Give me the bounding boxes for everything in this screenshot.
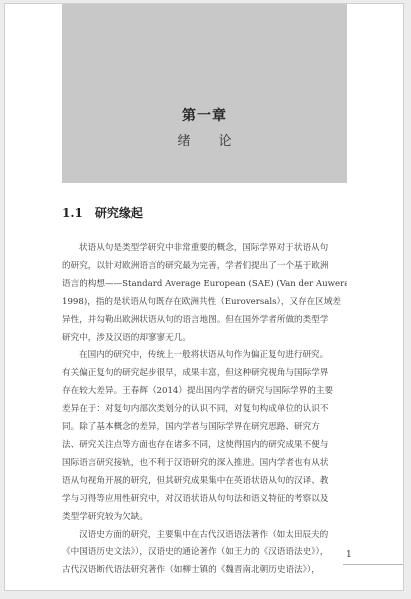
- text-line: 存在较大差异。王春辉（2014）提出国内学者的研究与国际学界的主要: [62, 383, 347, 401]
- chapter-title-part1: 绪: [177, 130, 190, 149]
- section-title: 研究缘起: [95, 206, 143, 220]
- text-line: 异性，并勾勒出欧洲状语从句的语言地图。但在国外学者所做的类型学: [62, 312, 347, 330]
- text-line: 在国内的研究中，传统上一般将状语从句作为偏正复句进行研究。: [62, 347, 347, 365]
- text-line: 语从句视角开展的研究，但其研究成果集中在英语状语从句的汉译、教: [62, 473, 347, 491]
- text-line: 差异在于：对复句内部次类划分的认识不同，对复句构成单位的认识不: [62, 401, 347, 419]
- paragraph-3: 汉语史方面的研究，主要集中在古代汉语语法著作（如太田辰夫的 《中国语历史文法》）…: [62, 527, 347, 581]
- body-text: 状语从句是类型学研究中非常重要的概念，国际学界对于状语从句 的研究，以针对欧洲语…: [62, 240, 347, 580]
- document-page: 第一章 绪论 1.1研究缘起 状语从句是类型学研究中非常重要的概念，国际学界对于…: [4, 3, 404, 591]
- document-viewport: 第一章 绪论 1.1研究缘起 状语从句是类型学研究中非常重要的概念，国际学界对于…: [0, 0, 411, 599]
- text-line: 1998)，指的是状语从句既存在欧洲共性（Euroversals），又存在区域差: [62, 294, 347, 312]
- text-line: 研究中，涉及汉语的却寥寥无几。: [62, 330, 347, 348]
- chapter-number: 第一章: [62, 105, 347, 125]
- text-line: 的研究，以针对欧洲语言的研究最为完善，学者们提出了一个基于欧洲: [62, 258, 347, 276]
- chapter-title: 绪论: [62, 130, 347, 149]
- text-line: 古代汉语断代语法研究著作（如柳士镇的《魏晋南北朝历史语法》），: [62, 562, 347, 580]
- text-line: 有关偏正复句的研究起步很早，成果丰富，但这种研究视角与国际学界: [62, 365, 347, 383]
- text-line: 语言的构想——Standard Average European (SAE) (…: [62, 276, 347, 294]
- text-line: 《中国语历史文法》），汉语史的通论著作（如王力的《汉语语法史》），: [62, 544, 347, 562]
- paragraph-1: 状语从句是类型学研究中非常重要的概念，国际学界对于状语从句 的研究，以针对欧洲语…: [62, 240, 347, 347]
- text-line: 学与习得等应用性研究中，对汉语状语从句句法和语义特征的考察以及: [62, 491, 347, 509]
- text-line: 状语从句是类型学研究中非常重要的概念，国际学界对于状语从句: [62, 240, 347, 258]
- text-line: 类型学研究较为欠缺。: [62, 509, 347, 527]
- paragraph-2: 在国内的研究中，传统上一般将状语从句作为偏正复句进行研究。 有关偏正复句的研究起…: [62, 347, 347, 526]
- chapter-banner: 第一章 绪论: [62, 4, 347, 183]
- text-line: 同。除了基本概念的差异，国内学者与国际学界在研究思路、研究方: [62, 419, 347, 437]
- text-line: 法、研究关注点等方面也存在诸多不同，这使得国内的研究成果不便与: [62, 437, 347, 455]
- page-number: 1: [346, 550, 352, 560]
- section-heading: 1.1研究缘起: [62, 204, 143, 221]
- footer-rule: [343, 564, 404, 565]
- text-line: 汉语史方面的研究，主要集中在古代汉语语法著作（如太田辰夫的: [62, 527, 347, 545]
- chapter-title-part2: 论: [219, 130, 232, 149]
- text-line: 国际语言研究接轨，也不利于汉语研究的深入推进。国内学者也有从状: [62, 455, 347, 473]
- section-number: 1.1: [62, 206, 83, 220]
